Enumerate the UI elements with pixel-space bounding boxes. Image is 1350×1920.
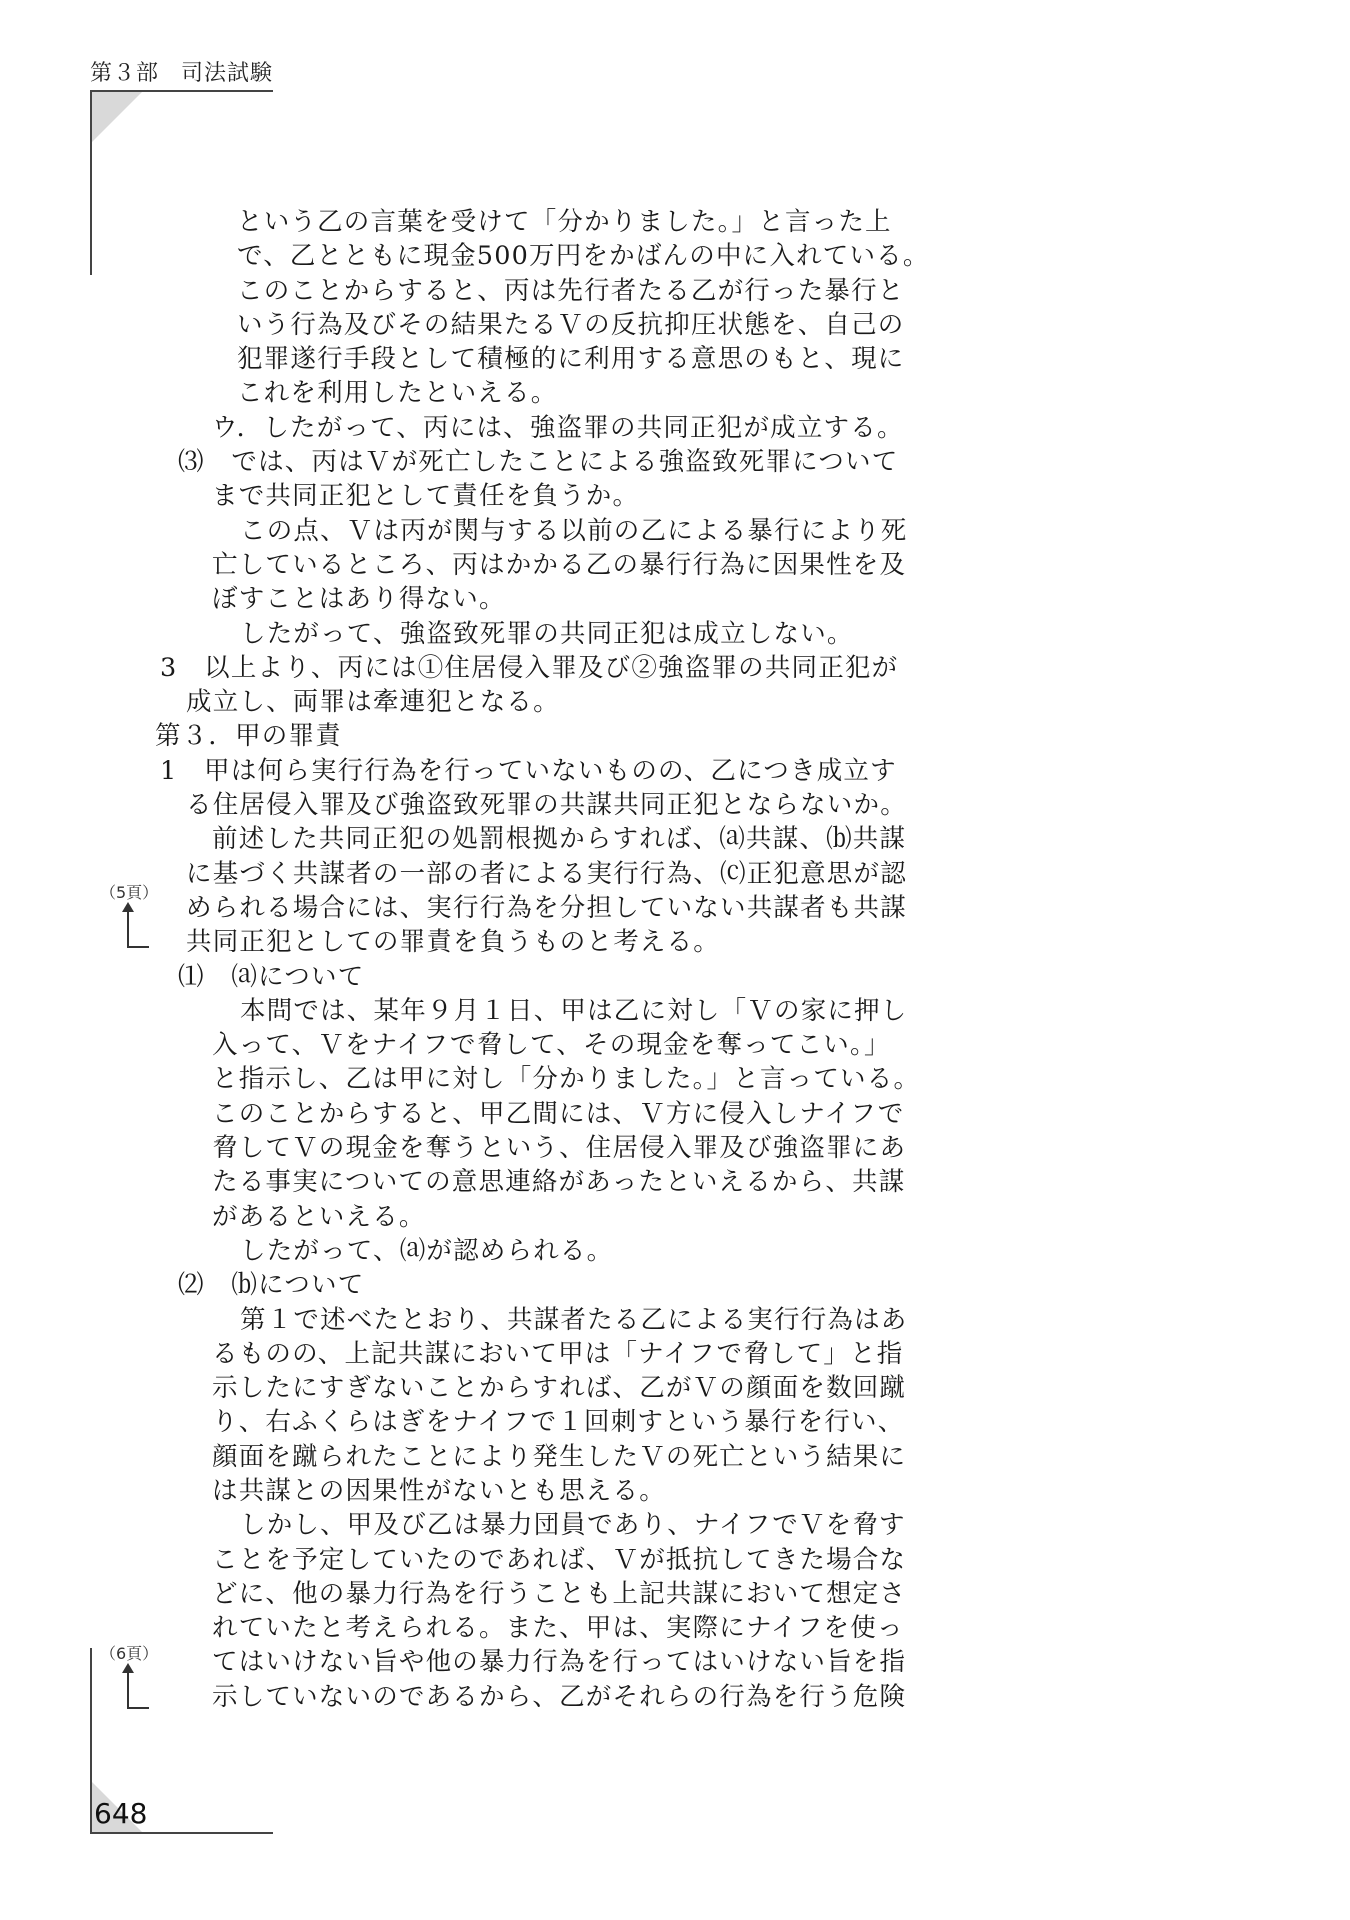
arrow-foot xyxy=(127,1707,149,1709)
text-line: 成立し、両罪は牽連犯となる。 xyxy=(150,685,950,719)
text-line: と指示し、乙は甲に対し「分かりました。」と言っている。 xyxy=(150,1062,950,1096)
section-heading-3: ⑶ では、丙はＶが死亡したことによる強盗致死罪について xyxy=(150,445,950,479)
text-line: るものの、上記共謀において甲は「ナイフで脅して」と指 xyxy=(150,1337,950,1371)
text-line: 第１で述べたとおり、共謀者たる乙による実行行為はあ xyxy=(150,1303,950,1337)
text-line: たる事実についての意思連絡があったといえるから、共謀 xyxy=(150,1165,950,1199)
text-line: どに、他の暴力行為を行うことも上記共謀において想定さ xyxy=(150,1577,950,1611)
subsection-heading-1: ⑴ ⒜について xyxy=(150,960,950,994)
margin-ref-6: （6頁） xyxy=(100,1641,160,1721)
margin-ref-label: （6頁） xyxy=(100,1641,160,1664)
page-body: という乙の言葉を受けて「分かりました。」と言った上 で、乙とともに現金500万円… xyxy=(150,205,950,1714)
text-line: 本問では、某年９月１日、甲は乙に対し「Ｖの家に押し xyxy=(150,994,950,1028)
text-line: この点、Ｖは丙が関与する以前の乙による暴行により死 xyxy=(150,514,950,548)
text-line: り、右ふくらはぎをナイフで１回刺すという暴行を行い、 xyxy=(150,1405,950,1439)
text-line: に基づく共謀者の一部の者による実行行為、⒞正犯意思が認 xyxy=(150,857,950,891)
text-line: 共同正犯としての罪責を負うものと考える。 xyxy=(150,925,950,959)
numbered-item-1: 1 甲は何ら実行行為を行っていないものの、乙につき成立す xyxy=(150,754,950,788)
subsection-heading-2: ⑵ ⒝について xyxy=(150,1268,950,1302)
text-line: 顔面を蹴られたことにより発生したＶの死亡という結果に xyxy=(150,1440,950,1474)
text-line: てはいけない旨や他の暴力行為を行ってはいけない旨を指 xyxy=(150,1645,950,1679)
header-title: 司法試験 xyxy=(181,61,273,86)
chapter-heading: 第３．甲の罪責 xyxy=(150,719,950,753)
text-line: このことからすると、丙は先行者たる乙が行った暴行と xyxy=(150,274,950,308)
text-line: る住居侵入罪及び強盗致死罪の共謀共同正犯とならないか。 xyxy=(150,788,950,822)
running-header: 第３部司法試験 xyxy=(90,56,273,87)
text-line: ウ．したがって、丙には、強盗罪の共同正犯が成立する。 xyxy=(150,411,950,445)
text-line: 入って、Ｖをナイフで脅して、その現金を奪ってこい。」 xyxy=(150,1028,950,1062)
frame-bottom-rule xyxy=(90,1832,273,1834)
text-line: で、乙とともに現金500万円をかばんの中に入れている。 xyxy=(150,239,950,273)
text-line: 示していないのであるから、乙がそれらの行為を行う危険 xyxy=(150,1680,950,1714)
text-line: められる場合には、実行行為を分担していない共謀者も共謀 xyxy=(150,891,950,925)
text-line: 前述した共同正犯の処罰根拠からすれば、⒜共謀、⒝共謀 xyxy=(150,822,950,856)
text-line: 亡しているところ、丙はかかる乙の暴行行為に因果性を及 xyxy=(150,548,950,582)
text-line: 犯罪遂行手段として積極的に利用する意思のもと、現に xyxy=(150,342,950,376)
arrow-foot xyxy=(127,946,149,948)
header-part: 第３部 xyxy=(90,61,159,86)
text-line: まで共同正犯として責任を負うか。 xyxy=(150,479,950,513)
text-line: 脅してＶの現金を奪うという、住居侵入罪及び強盗罪にあ xyxy=(150,1131,950,1165)
margin-ref-label: （5頁） xyxy=(100,880,160,903)
text-line: このことからすると、甲乙間には、Ｖ方に侵入しナイフで xyxy=(150,1097,950,1131)
corner-triangle-top xyxy=(92,92,142,142)
text-line: は共謀との因果性がないとも思える。 xyxy=(150,1474,950,1508)
margin-ref-5: （5頁） xyxy=(100,880,160,960)
text-line: れていたと考えられる。また、甲は、実際にナイフを使っ xyxy=(150,1611,950,1645)
text-line: 示したにすぎないことからすれば、乙がＶの顔面を数回蹴 xyxy=(150,1371,950,1405)
text-line: したがって、⒜が認められる。 xyxy=(150,1234,950,1268)
text-line: ことを予定していたのであれば、Ｖが抵抗してきた場合な xyxy=(150,1543,950,1577)
arrow-shaft xyxy=(127,1671,129,1708)
page-number: 648 xyxy=(94,1797,147,1830)
text-line: したがって、強盗致死罪の共同正犯は成立しない。 xyxy=(150,617,950,651)
text-line: という乙の言葉を受けて「分かりました。」と言った上 xyxy=(150,205,950,239)
text-line: いう行為及びその結果たるＶの反抗抑圧状態を、自己の xyxy=(150,308,950,342)
text-line: ぼすことはあり得ない。 xyxy=(150,582,950,616)
text-line: しかし、甲及び乙は暴力団員であり、ナイフでＶを脅す xyxy=(150,1508,950,1542)
text-line: これを利用したといえる。 xyxy=(150,376,950,410)
numbered-item-3: 3 以上より、丙には①住居侵入罪及び②強盗罪の共同正犯が xyxy=(150,651,950,685)
text-line: があるといえる。 xyxy=(150,1200,950,1234)
arrow-shaft xyxy=(127,910,129,947)
